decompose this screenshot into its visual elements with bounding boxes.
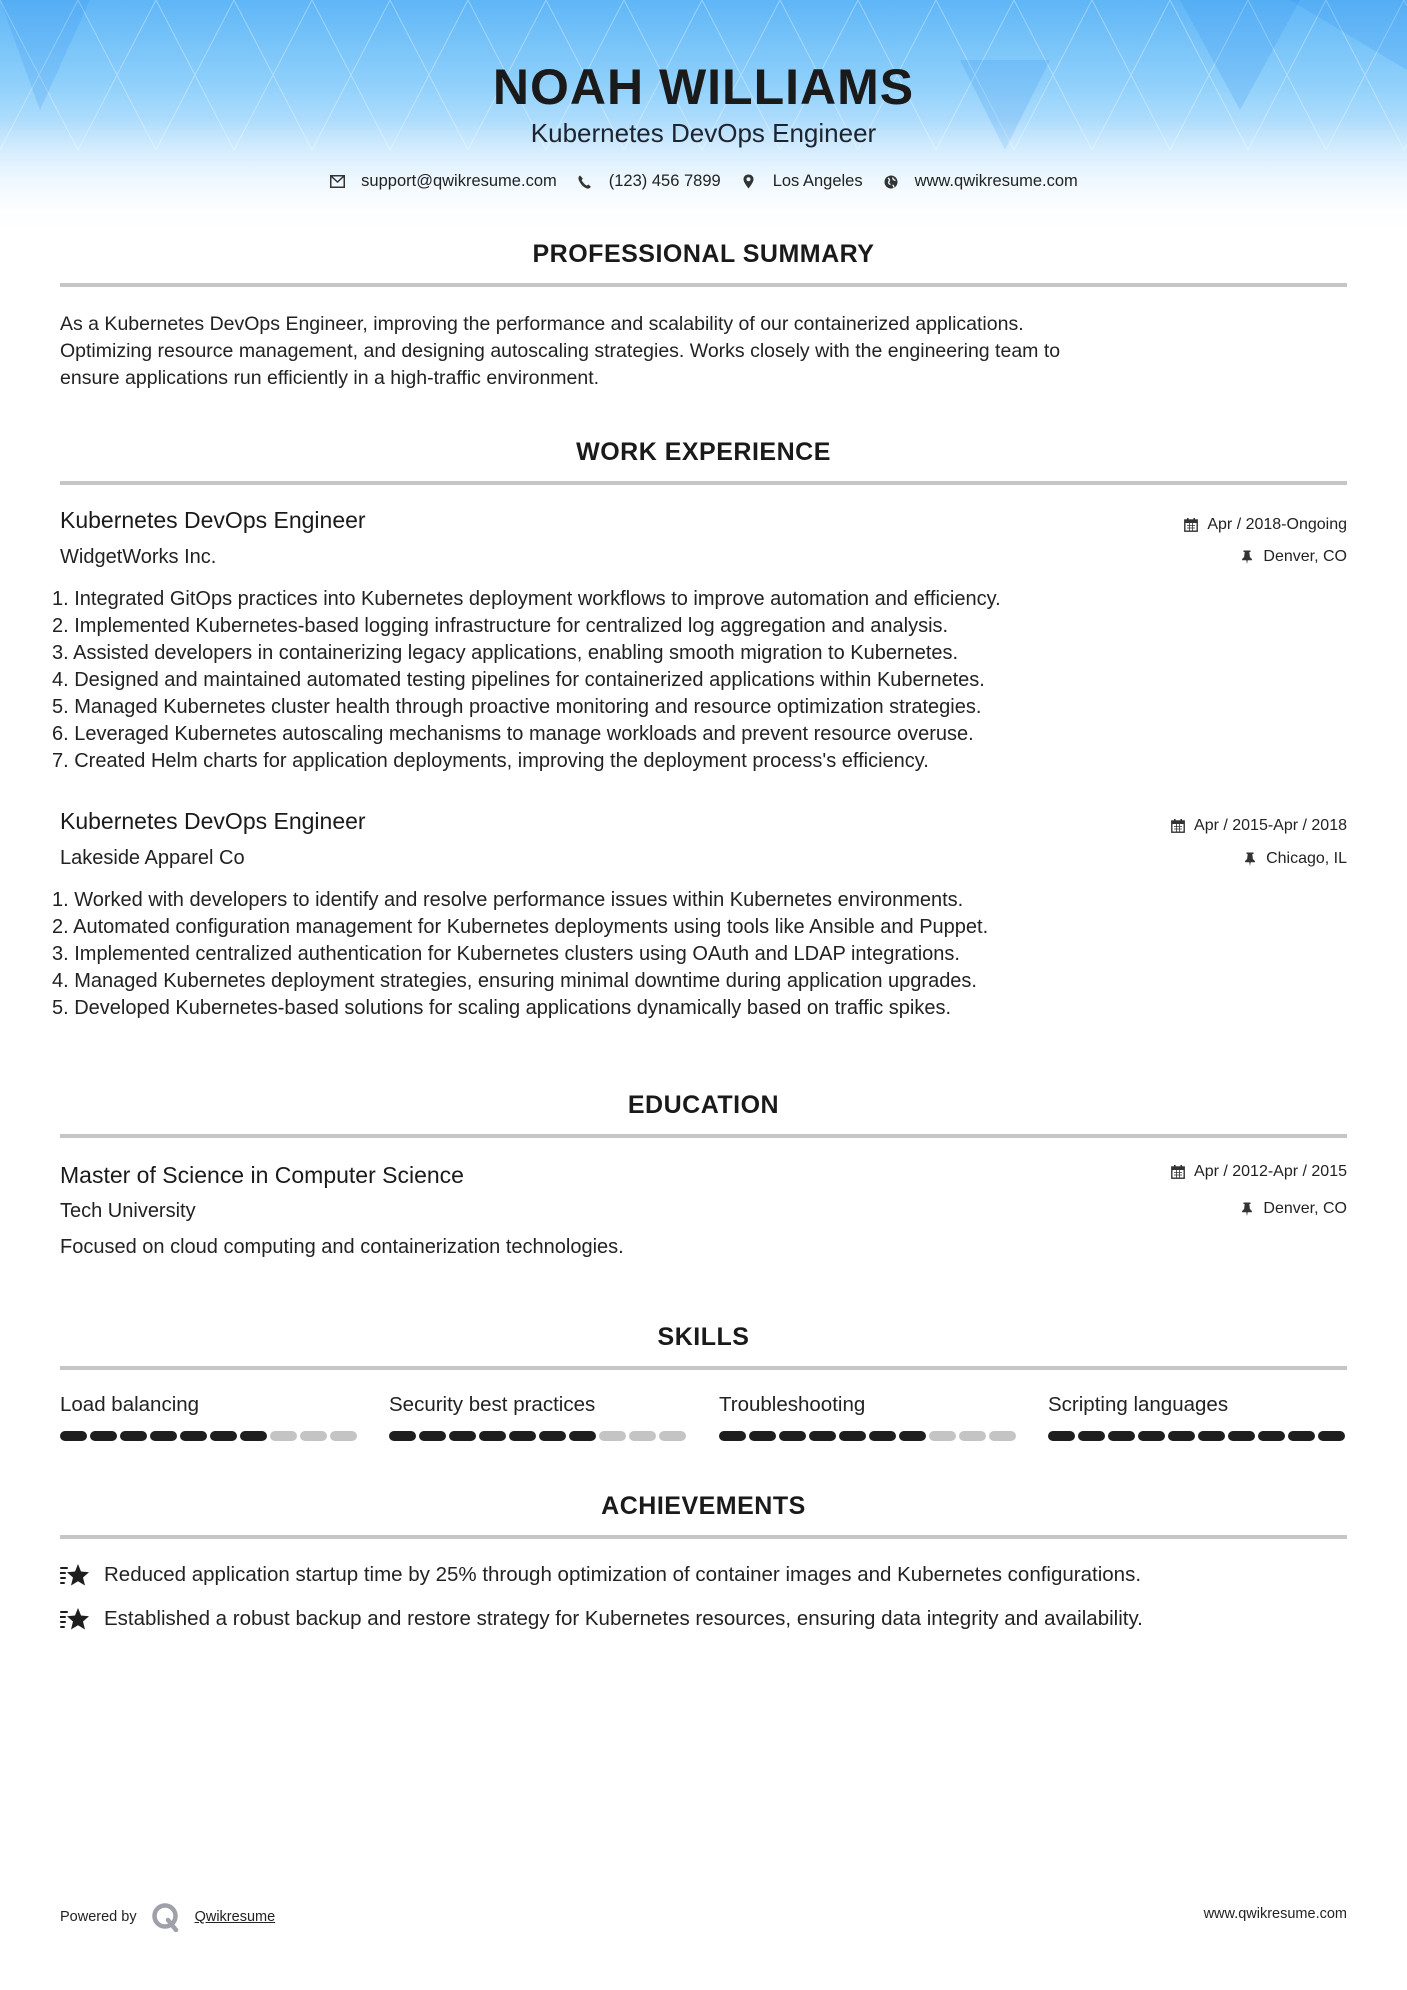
skill-label: Scripting languages bbox=[1048, 1393, 1348, 1423]
calendar-icon bbox=[1171, 819, 1185, 833]
skill-segment-empty bbox=[300, 1431, 327, 1441]
school-name: Tech University bbox=[60, 1200, 196, 1223]
qwikresume-link[interactable]: Qwikresume bbox=[195, 1909, 276, 1925]
contact-website[interactable]: www.qwikresume.com bbox=[883, 172, 1078, 191]
skill-segment-filled bbox=[180, 1431, 207, 1441]
skill-segment-filled bbox=[1138, 1431, 1165, 1441]
skill-label: Troubleshooting bbox=[719, 1393, 1019, 1423]
skill-segment-filled bbox=[539, 1431, 566, 1441]
star-badge-icon bbox=[60, 1605, 92, 1633]
education-location: Denver, CO bbox=[1240, 1200, 1347, 1218]
skill-segment-filled bbox=[1168, 1431, 1195, 1441]
skill-segment-empty bbox=[929, 1431, 956, 1441]
skill-segment-filled bbox=[1078, 1431, 1105, 1441]
skill-segment-empty bbox=[959, 1431, 986, 1441]
job-bullet: 4. Managed Kubernetes deployment strateg… bbox=[52, 968, 1352, 995]
skill-segment-filled bbox=[1318, 1431, 1345, 1441]
job-title: Kubernetes DevOps Engineer bbox=[60, 507, 366, 534]
pushpin-icon bbox=[1243, 852, 1257, 866]
education-location-text: Denver, CO bbox=[1263, 1200, 1347, 1218]
achievement-text: Reduced application startup time by 25% … bbox=[104, 1563, 1141, 1587]
skill-item: Load balancing bbox=[60, 1393, 360, 1441]
summary-line: Optimizing resource management, and desi… bbox=[60, 338, 1350, 365]
skill-segment-filled bbox=[749, 1431, 776, 1441]
skill-segment-filled bbox=[1288, 1431, 1315, 1441]
job-dates-text: Apr / 2018-Ongoing bbox=[1207, 516, 1347, 534]
skill-segment-filled bbox=[1228, 1431, 1255, 1441]
job-bullet: 5. Managed Kubernetes cluster health thr… bbox=[52, 694, 1352, 721]
job-bullet: 2. Implemented Kubernetes-based logging … bbox=[52, 613, 1352, 640]
skill-item: Security best practices bbox=[389, 1393, 689, 1441]
candidate-name: NOAH WILLIAMS bbox=[0, 58, 1407, 116]
phone-icon bbox=[577, 174, 593, 190]
envelope-icon bbox=[329, 174, 345, 190]
job-bullet: 6. Leveraged Kubernetes autoscaling mech… bbox=[52, 721, 1352, 748]
candidate-role: Kubernetes DevOps Engineer bbox=[0, 118, 1407, 149]
section-title-education: EDUCATION bbox=[60, 1091, 1347, 1120]
skill-segment-filled bbox=[90, 1431, 117, 1441]
skill-segment-filled bbox=[899, 1431, 926, 1441]
job-bullet: 3. Implemented centralized authenticatio… bbox=[52, 941, 1352, 968]
summary-text: As a Kubernetes DevOps Engineer, improvi… bbox=[60, 311, 1350, 392]
skill-level-bar bbox=[719, 1431, 1019, 1441]
skill-segment-filled bbox=[1198, 1431, 1225, 1441]
section-title-experience: WORK EXPERIENCE bbox=[60, 438, 1347, 467]
contact-email-text: support@qwikresume.com bbox=[361, 172, 557, 191]
job-bullet: 1. Integrated GitOps practices into Kube… bbox=[52, 586, 1352, 613]
skill-segment-filled bbox=[869, 1431, 896, 1441]
contact-email[interactable]: support@qwikresume.com bbox=[329, 172, 557, 191]
footer-website[interactable]: www.qwikresume.com bbox=[1204, 1906, 1347, 1922]
job-bullet: 7. Created Helm charts for application d… bbox=[52, 748, 1352, 775]
contact-website-text: www.qwikresume.com bbox=[915, 172, 1078, 191]
pushpin-icon bbox=[1240, 1202, 1254, 1216]
section-divider bbox=[60, 481, 1347, 485]
job-dates: Apr / 2018-Ongoing bbox=[1184, 516, 1347, 534]
skill-segment-filled bbox=[1108, 1431, 1135, 1441]
section-title-skills: SKILLS bbox=[60, 1323, 1347, 1352]
company-name: WidgetWorks Inc. bbox=[60, 546, 216, 569]
skill-segment-filled bbox=[1258, 1431, 1285, 1441]
section-divider bbox=[60, 283, 1347, 287]
contact-phone[interactable]: (123) 456 7899 bbox=[577, 172, 721, 191]
skill-segment-empty bbox=[270, 1431, 297, 1441]
skill-segment-filled bbox=[569, 1431, 596, 1441]
skill-label: Load balancing bbox=[60, 1393, 360, 1423]
job-dates: Apr / 2015-Apr / 2018 bbox=[1171, 817, 1347, 835]
achievement-item: Established a robust backup and restore … bbox=[60, 1605, 1143, 1633]
contact-location: Los Angeles bbox=[741, 172, 863, 191]
job-dates-text: Apr / 2015-Apr / 2018 bbox=[1194, 817, 1347, 835]
skill-segment-empty bbox=[330, 1431, 357, 1441]
education-dates: Apr / 2012-Apr / 2015 bbox=[1171, 1163, 1347, 1181]
degree-title: Master of Science in Computer Science bbox=[60, 1162, 464, 1189]
section-divider bbox=[60, 1366, 1347, 1370]
skill-segment-empty bbox=[989, 1431, 1016, 1441]
skill-segment-filled bbox=[120, 1431, 147, 1441]
job-bullet: 5. Developed Kubernetes-based solutions … bbox=[52, 995, 1352, 1022]
calendar-icon bbox=[1171, 1165, 1185, 1179]
skill-segment-filled bbox=[1048, 1431, 1075, 1441]
education-dates-text: Apr / 2012-Apr / 2015 bbox=[1194, 1163, 1347, 1181]
skill-segment-filled bbox=[240, 1431, 267, 1441]
star-badge-icon bbox=[60, 1561, 92, 1589]
summary-line: ensure applications run efficiently in a… bbox=[60, 365, 1350, 392]
skill-segment-filled bbox=[389, 1431, 416, 1441]
powered-by-label: Powered by bbox=[60, 1909, 137, 1925]
skill-segment-empty bbox=[599, 1431, 626, 1441]
section-title-achievements: ACHIEVEMENTS bbox=[60, 1492, 1347, 1521]
job-location-text: Chicago, IL bbox=[1266, 850, 1347, 868]
pushpin-icon bbox=[1240, 550, 1254, 564]
skill-level-bar bbox=[389, 1431, 689, 1441]
education-description: Focused on cloud computing and container… bbox=[60, 1236, 624, 1259]
skill-level-bar bbox=[60, 1431, 360, 1441]
skill-label: Security best practices bbox=[389, 1393, 689, 1423]
skill-segment-filled bbox=[60, 1431, 87, 1441]
section-title-summary: PROFESSIONAL SUMMARY bbox=[60, 240, 1347, 269]
qwikresume-logo-icon bbox=[151, 1902, 181, 1932]
skill-segment-filled bbox=[809, 1431, 836, 1441]
job-location: Chicago, IL bbox=[1243, 850, 1347, 868]
skill-segment-filled bbox=[479, 1431, 506, 1441]
contact-location-text: Los Angeles bbox=[773, 172, 863, 191]
skill-segment-filled bbox=[449, 1431, 476, 1441]
company-name: Lakeside Apparel Co bbox=[60, 847, 245, 870]
footer-powered-by: Powered by Qwikresume bbox=[60, 1902, 275, 1932]
job-location: Denver, CO bbox=[1240, 548, 1347, 566]
globe-icon bbox=[883, 174, 899, 190]
job-bullet: 3. Assisted developers in containerizing… bbox=[52, 640, 1352, 667]
skill-segment-filled bbox=[509, 1431, 536, 1441]
skill-segment-filled bbox=[779, 1431, 806, 1441]
map-marker-icon bbox=[741, 174, 757, 190]
section-divider bbox=[60, 1134, 1347, 1138]
section-divider bbox=[60, 1535, 1347, 1539]
skill-level-bar bbox=[1048, 1431, 1348, 1441]
skill-segment-filled bbox=[150, 1431, 177, 1441]
skill-segment-filled bbox=[719, 1431, 746, 1441]
contact-phone-text: (123) 456 7899 bbox=[609, 172, 721, 191]
job-title: Kubernetes DevOps Engineer bbox=[60, 808, 366, 835]
skill-segment-filled bbox=[210, 1431, 237, 1441]
summary-line: As a Kubernetes DevOps Engineer, improvi… bbox=[60, 311, 1350, 338]
achievement-text: Established a robust backup and restore … bbox=[104, 1607, 1143, 1631]
calendar-icon bbox=[1184, 518, 1198, 532]
job-bullet: 2. Automated configuration management fo… bbox=[52, 914, 1352, 941]
skill-item: Scripting languages bbox=[1048, 1393, 1348, 1441]
skill-segment-filled bbox=[419, 1431, 446, 1441]
skill-segment-empty bbox=[659, 1431, 686, 1441]
job-bullet: 4. Designed and maintained automated tes… bbox=[52, 667, 1352, 694]
job-bullets: 1. Integrated GitOps practices into Kube… bbox=[52, 586, 1352, 775]
contact-bar: support@qwikresume.com (123) 456 7899 Lo… bbox=[0, 172, 1407, 191]
skill-segment-filled bbox=[839, 1431, 866, 1441]
skill-segment-empty bbox=[629, 1431, 656, 1441]
job-bullet: 1. Worked with developers to identify an… bbox=[52, 887, 1352, 914]
achievement-item: Reduced application startup time by 25% … bbox=[60, 1561, 1141, 1589]
skill-item: Troubleshooting bbox=[719, 1393, 1019, 1441]
job-location-text: Denver, CO bbox=[1263, 548, 1347, 566]
job-bullets: 1. Worked with developers to identify an… bbox=[52, 887, 1352, 1022]
